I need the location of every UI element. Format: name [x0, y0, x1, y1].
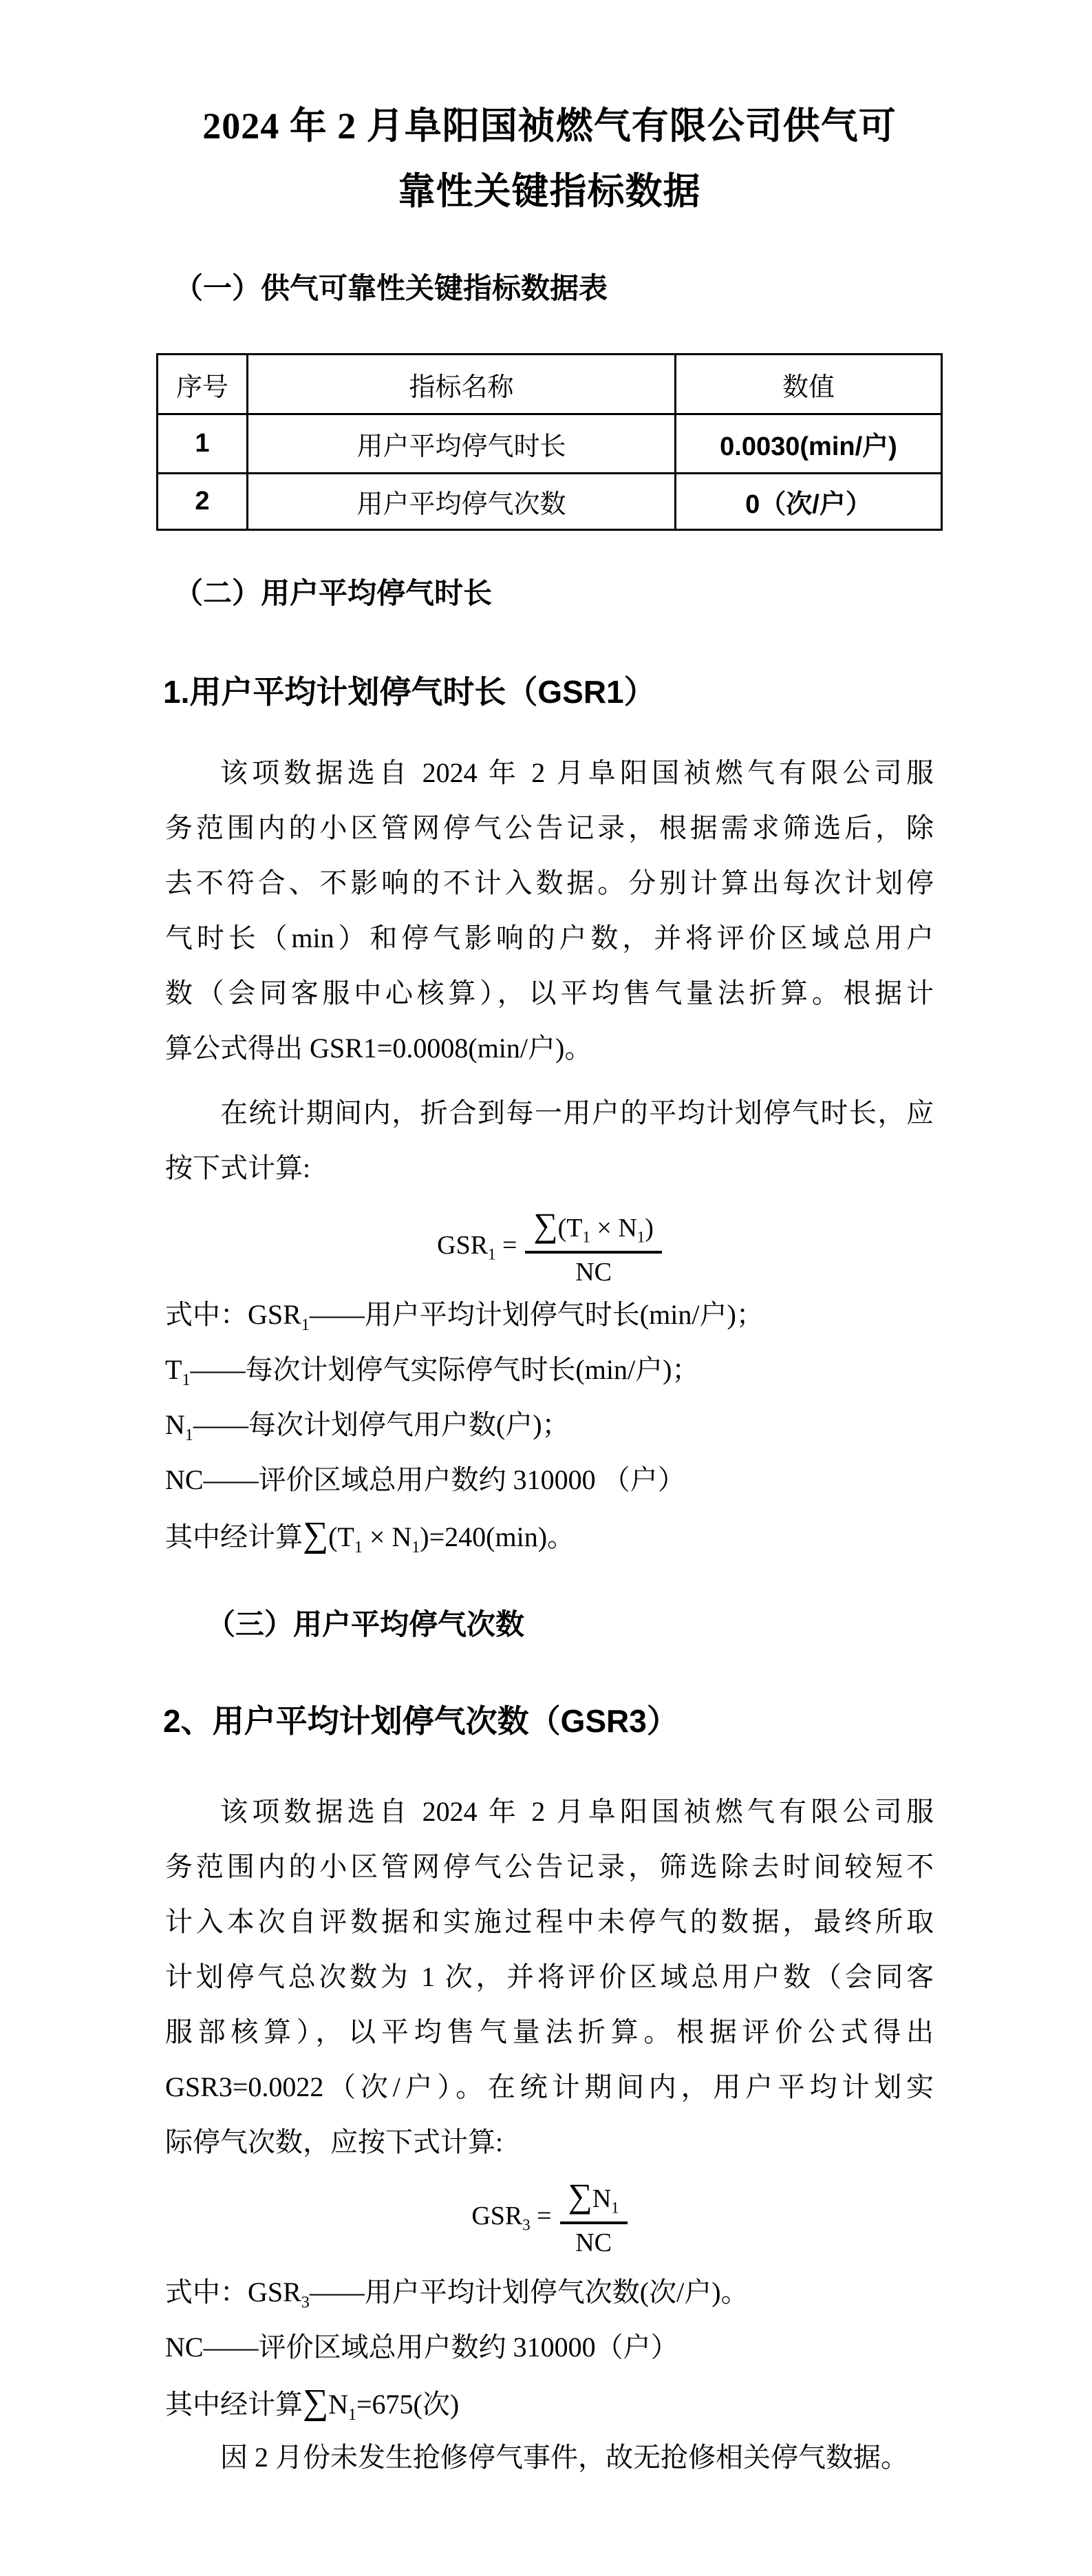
text-segment: NC [575, 2228, 612, 2257]
text-line: NC——评价区域总用户数约 310000 （户） [165, 1453, 934, 1508]
document-page: 2024 年 2 月阜阳国祯燃气有限公司供气可 靠性关键指标数据 （一）供气可靠… [0, 0, 1092, 2576]
text-segment: 际停气次数，应按下式计算: [165, 2126, 503, 2157]
text-segment: N [165, 1409, 185, 1440]
text-segment: T [165, 1354, 182, 1385]
table-header-name: 指标名称 [248, 355, 676, 414]
text-line: 务范围内的小区管网停气公告记录，筛选除去时间较短不 [165, 1839, 934, 1894]
gsr1-formula-body: GSR1 = ∑(T1 × N1) NC [437, 1206, 662, 1287]
text-line: N1——每次计划停气用户数(户)； [165, 1397, 934, 1453]
formula-numerator: ∑N1 [560, 2177, 628, 2224]
text-segment: 式中：GSR [165, 2277, 301, 2308]
text-segment: GSR [471, 2202, 522, 2230]
text-line: GSR3=0.0022（次/户）。在统计期间内，用户平均计划实 [165, 2060, 934, 2115]
gsr3-formula: GSR3 = ∑N1 NC [165, 2177, 934, 2258]
text-segment: 数（会同客服中心核算），以平均售气量法折算。根据计 [165, 978, 934, 1009]
text-line: 式中：GSR3——用户平均计划停气次数(次/户)。 [165, 2265, 934, 2320]
row1-indicator-name: 用户平均停气时长 [248, 414, 676, 474]
subscript: 1 [583, 1229, 590, 1246]
text-segment: NC [575, 1258, 612, 1287]
text-segment: ——每次计划停气实际停气时长(min/户)； [190, 1354, 699, 1385]
text-segment: = [531, 2202, 552, 2230]
text-line: 其中经计算∑N1=675(次) [165, 2375, 934, 2430]
sigma-symbol: ∑ [533, 1206, 557, 1244]
gsr3-paragraph: 该项数据选自 2024 年 2 月阜阳国祯燃气有限公司服务范围内的小区管网停气公… [165, 1784, 934, 2170]
text-segment: 在统计期间内，折合到每一用户的平均计划停气时长，应 [220, 1097, 934, 1128]
text-segment: 务范围内的小区管网停气公告记录，筛选除去时间较短不 [165, 1851, 934, 1882]
text-segment: 服部核算），以平均售气量法折算。根据评价公式得出 [165, 2016, 934, 2047]
subscript: 1 [301, 1316, 310, 1334]
document-title-line2: 靠性关键指标数据 [165, 167, 934, 215]
text-line: 在统计期间内，折合到每一用户的平均计划停气时长，应 [165, 1086, 934, 1141]
text-line: 式中：GSR1——用户平均计划停气时长(min/户)； [165, 1287, 934, 1342]
subscript: 1 [185, 1426, 193, 1444]
formula-denominator: NC [575, 2224, 612, 2259]
text-line: T1——每次计划停气实际停气时长(min/户)； [165, 1342, 934, 1397]
row2-indicator-name: 用户平均停气次数 [248, 474, 676, 530]
text-segment: GSR3=0.0022（次/户）。在统计期间内，用户平均计划实 [165, 2071, 934, 2102]
text-line: NC——评价区域总用户数约 310000（户） [165, 2320, 934, 2375]
text-segment: 去不符合、不影响的不计入数据。分别计算出每次计划停 [165, 867, 934, 898]
text-segment: GSR [437, 1231, 488, 1260]
row2-indicator-value: 0（次/户） [676, 474, 942, 530]
text-segment: ) [645, 1214, 654, 1243]
subscript: 1 [354, 1539, 363, 1556]
text-segment: ——每次计划停气用户数(户)； [193, 1409, 570, 1440]
subscript: 3 [301, 2294, 310, 2312]
formula-lhs: GSR1 = [437, 1230, 517, 1264]
table-header-value: 数值 [676, 355, 942, 414]
row2-seq: 2 [158, 474, 248, 530]
subscript: 1 [182, 1371, 190, 1389]
text-segment: 该项数据选自 2024 年 2 月阜阳国祯燃气有限公司服 [220, 1796, 934, 1827]
text-segment: 其中经计算 [165, 1521, 303, 1552]
text-line: 算公式得出 GSR1=0.0008(min/户)。 [165, 1021, 934, 1076]
section2-heading: （二）用户平均停气时长 [174, 575, 492, 613]
subscript: 1 [411, 1539, 420, 1556]
text-segment: ——用户平均计划停气次数(次/户)。 [310, 2277, 749, 2308]
text-segment: 其中经计算 [165, 2389, 303, 2420]
text-segment: (T [328, 1521, 354, 1552]
text-line: 去不符合、不影响的不计入数据。分别计算出每次计划停 [165, 856, 934, 911]
text-segment: × N [590, 1214, 637, 1243]
gsr1-notes: 式中：GSR1——用户平均计划停气时长(min/户)；T1——每次计划停气实际停… [165, 1287, 934, 1563]
text-segment: 气时长（min）和停气影响的户数，并将评价区域总用户 [165, 922, 934, 953]
sigma-symbol: ∑ [303, 2383, 328, 2422]
text-line: 该项数据选自 2024 年 2 月阜阳国祯燃气有限公司服 [165, 746, 934, 801]
text-segment: = [495, 1231, 517, 1260]
subscript: 1 [488, 1246, 495, 1263]
text-segment: 式中：GSR [165, 1299, 301, 1330]
text-segment: 务范围内的小区管网停气公告记录，根据需求筛选后，除 [165, 812, 934, 843]
table-row: 1 用户平均停气时长 0.0030(min/户) [158, 414, 942, 474]
text-segment: ——用户平均计划停气时长(min/户)； [310, 1299, 764, 1330]
formula-fraction: ∑(T1 × N1) NC [525, 1206, 661, 1287]
gsr1-paragraph-1: 该项数据选自 2024 年 2 月阜阳国祯燃气有限公司服务范围内的小区管网停气公… [165, 746, 934, 1076]
subscript: 1 [637, 1229, 645, 1246]
formula-fraction: ∑N1 NC [560, 2177, 628, 2258]
text-segment: 算公式得出 GSR1=0.0008(min/户)。 [165, 1033, 592, 1064]
sigma-symbol: ∑ [303, 1515, 328, 1554]
subscript: 3 [522, 2217, 530, 2234]
gsr3-sub-heading: 2、用户平均计划停气次数（GSR3） [163, 1700, 678, 1742]
table-header-seq: 序号 [158, 355, 248, 414]
gsr3-notes: 式中：GSR3——用户平均计划停气次数(次/户)。NC——评价区域总用户数约 3… [165, 2265, 934, 2485]
text-line: 按下式计算: [165, 1141, 934, 1196]
text-line: 气时长（min）和停气影响的户数，并将评价区域总用户 [165, 911, 934, 966]
text-segment: )=240(min)。 [420, 1521, 575, 1552]
section1-heading: （一）供气可靠性关键指标数据表 [174, 270, 608, 308]
text-segment: 该项数据选自 2024 年 2 月阜阳国祯燃气有限公司服 [220, 757, 934, 788]
text-segment: NC——评价区域总用户数约 310000 （户） [165, 1464, 685, 1495]
text-segment: 计入本次自评数据和实施过程中未停气的数据，最终所取 [165, 1906, 934, 1937]
indicator-table: 序号 指标名称 数值 1 用户平均停气时长 0.0030(min/户) 2 用户… [156, 353, 943, 531]
text-line: 该项数据选自 2024 年 2 月阜阳国祯燃气有限公司服 [165, 1784, 934, 1839]
text-line: 际停气次数，应按下式计算: [165, 2115, 934, 2170]
text-line: 数（会同客服中心核算），以平均售气量法折算。根据计 [165, 966, 934, 1021]
text-segment: 按下式计算: [165, 1152, 310, 1183]
text-line: 计入本次自评数据和实施过程中未停气的数据，最终所取 [165, 1894, 934, 1950]
subscript: 1 [348, 2406, 356, 2424]
gsr1-formula: GSR1 = ∑(T1 × N1) NC [165, 1206, 934, 1287]
text-segment: N [328, 2389, 348, 2420]
text-segment: NC——评价区域总用户数约 310000（户） [165, 2332, 678, 2363]
text-segment: N [592, 2184, 611, 2213]
table-header-row: 序号 指标名称 数值 [158, 355, 942, 414]
row1-indicator-value: 0.0030(min/户) [676, 414, 942, 474]
text-line: 因 2 月份未发生抢修停气事件，故无抢修相关停气数据。 [165, 2430, 934, 2485]
gsr3-formula-body: GSR3 = ∑N1 NC [471, 2177, 627, 2258]
text-line: 其中经计算∑(T1 × N1)=240(min)。 [165, 1508, 934, 1563]
formula-lhs: GSR3 = [471, 2201, 551, 2235]
text-line: 务范围内的小区管网停气公告记录，根据需求筛选后，除 [165, 801, 934, 856]
text-segment: =675(次) [356, 2389, 459, 2420]
table-row: 2 用户平均停气次数 0（次/户） [158, 474, 942, 530]
section3-heading: （三）用户平均停气次数 [206, 1606, 524, 1645]
text-line: 计划停气总次数为 1 次，并将评价区域总用户数（会同客 [165, 1950, 934, 2005]
formula-denominator: NC [575, 1254, 612, 1288]
text-line: 服部核算），以平均售气量法折算。根据评价公式得出 [165, 2005, 934, 2060]
subscript: 1 [611, 2199, 619, 2217]
gsr1-paragraph-2: 在统计期间内，折合到每一用户的平均计划停气时长，应按下式计算: [165, 1086, 934, 1196]
sigma-symbol: ∑ [568, 2177, 592, 2215]
row1-seq: 1 [158, 414, 248, 474]
text-segment: (T [558, 1214, 583, 1243]
text-segment: × N [363, 1521, 411, 1552]
text-segment: 计划停气总次数为 1 次，并将评价区域总用户数（会同客 [165, 1961, 934, 1992]
gsr1-sub-heading: 1.用户平均计划停气时长（GSR1） [163, 671, 656, 712]
text-segment: 因 2 月份未发生抢修停气事件，故无抢修相关停气数据。 [220, 2442, 908, 2473]
document-title-line1: 2024 年 2 月阜阳国祯燃气有限公司供气可 [165, 102, 934, 150]
formula-numerator: ∑(T1 × N1) [525, 1206, 661, 1254]
